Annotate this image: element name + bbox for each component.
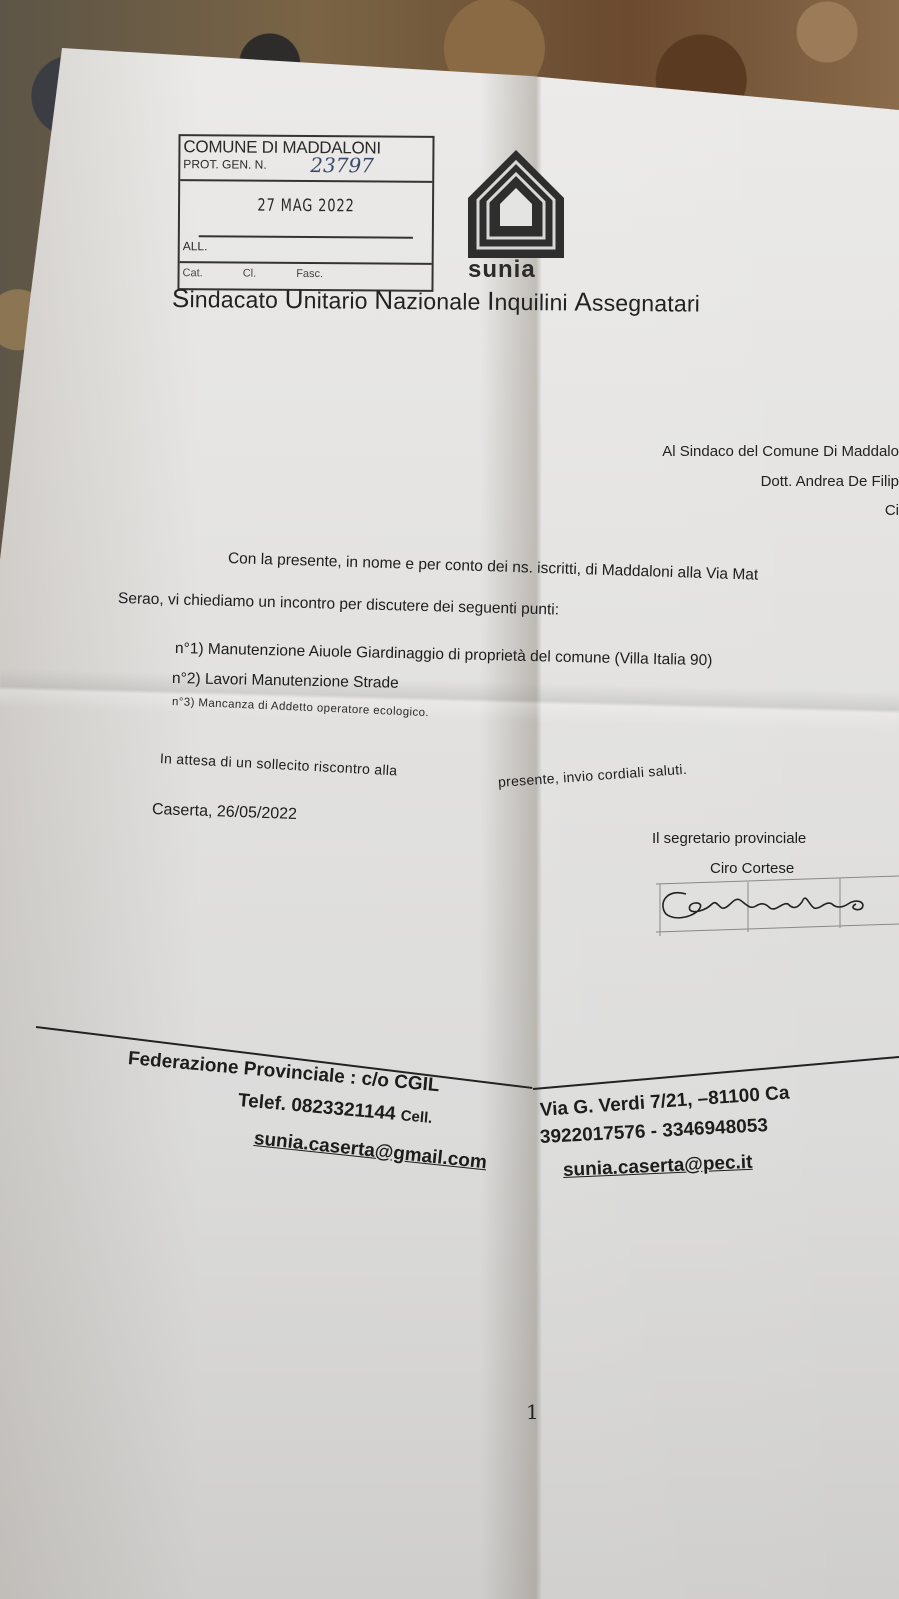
signer-role: Il segretario provinciale [652,830,806,847]
handwritten-signature-icon [656,874,899,936]
stamp-fasc: Fasc. [296,268,323,280]
stamp-classification: Cat. Cl. Fasc. [180,263,432,285]
stamp-prot-number: 23797 [310,153,374,177]
closing-sentence: In attesa di un sollecito riscontro alla… [160,750,398,766]
organization-title: Sindacato Unitario Nazionale Inquilini A… [172,283,700,319]
place-date: Caserta, 26/05/2022 [152,801,298,824]
footer-divider-right [533,1056,899,1090]
stamp-title: COMUNE DI MADDALONI [180,136,432,159]
stamp-prot-label: PROT. GEN. N. [183,157,266,172]
recipient-line-1: Al Sindaco del Comune Di Maddalo [662,443,899,460]
footer-email-pec[interactable]: sunia.caserta@pec.it [563,1152,753,1182]
stamp-cl: Cl. [243,268,257,280]
footer-mobile: 3922017576 - 3346948053 [539,1115,768,1149]
agenda-item-3: n°3) Mancanza di Addetto operatore ecolo… [172,696,430,719]
letter-content: COMUNE DI MADDALONI PROT. GEN. N. 23797 … [0,0,899,1599]
stamp-cat: Cat. [183,267,203,279]
intro-line-1: Con la presente, in nome e per conto dei… [228,550,759,585]
footer-phone: Telef. 0823321144 Cell. [237,1090,433,1129]
protocol-stamp: COMUNE DI MADDALONI PROT. GEN. N. 23797 … [177,134,434,292]
recipient-line-3: Ci [885,502,899,519]
sunia-logo: sunia [466,148,566,288]
agenda-item-2: n°2) Lavori Manutenzione Strade [172,670,399,693]
page-number: 1 [526,1400,539,1424]
stamp-date: 27 MAG 2022 [199,181,414,238]
recipient-line-2: Dott. Andrea De Filip [761,473,899,490]
house-logo-icon [466,148,566,260]
agenda-item-1: n°1) Manutenzione Aiuole Giardinaggio di… [175,640,713,670]
stamp-all: ALL. [180,237,432,265]
stamp-prot-row: PROT. GEN. N. 23797 [180,157,432,183]
footer-email-gmail[interactable]: sunia.caserta@gmail.com [253,1128,488,1174]
logo-wordmark: sunia [468,256,536,284]
intro-line-2: Serao, vi chiediamo un incontro per disc… [118,590,559,620]
